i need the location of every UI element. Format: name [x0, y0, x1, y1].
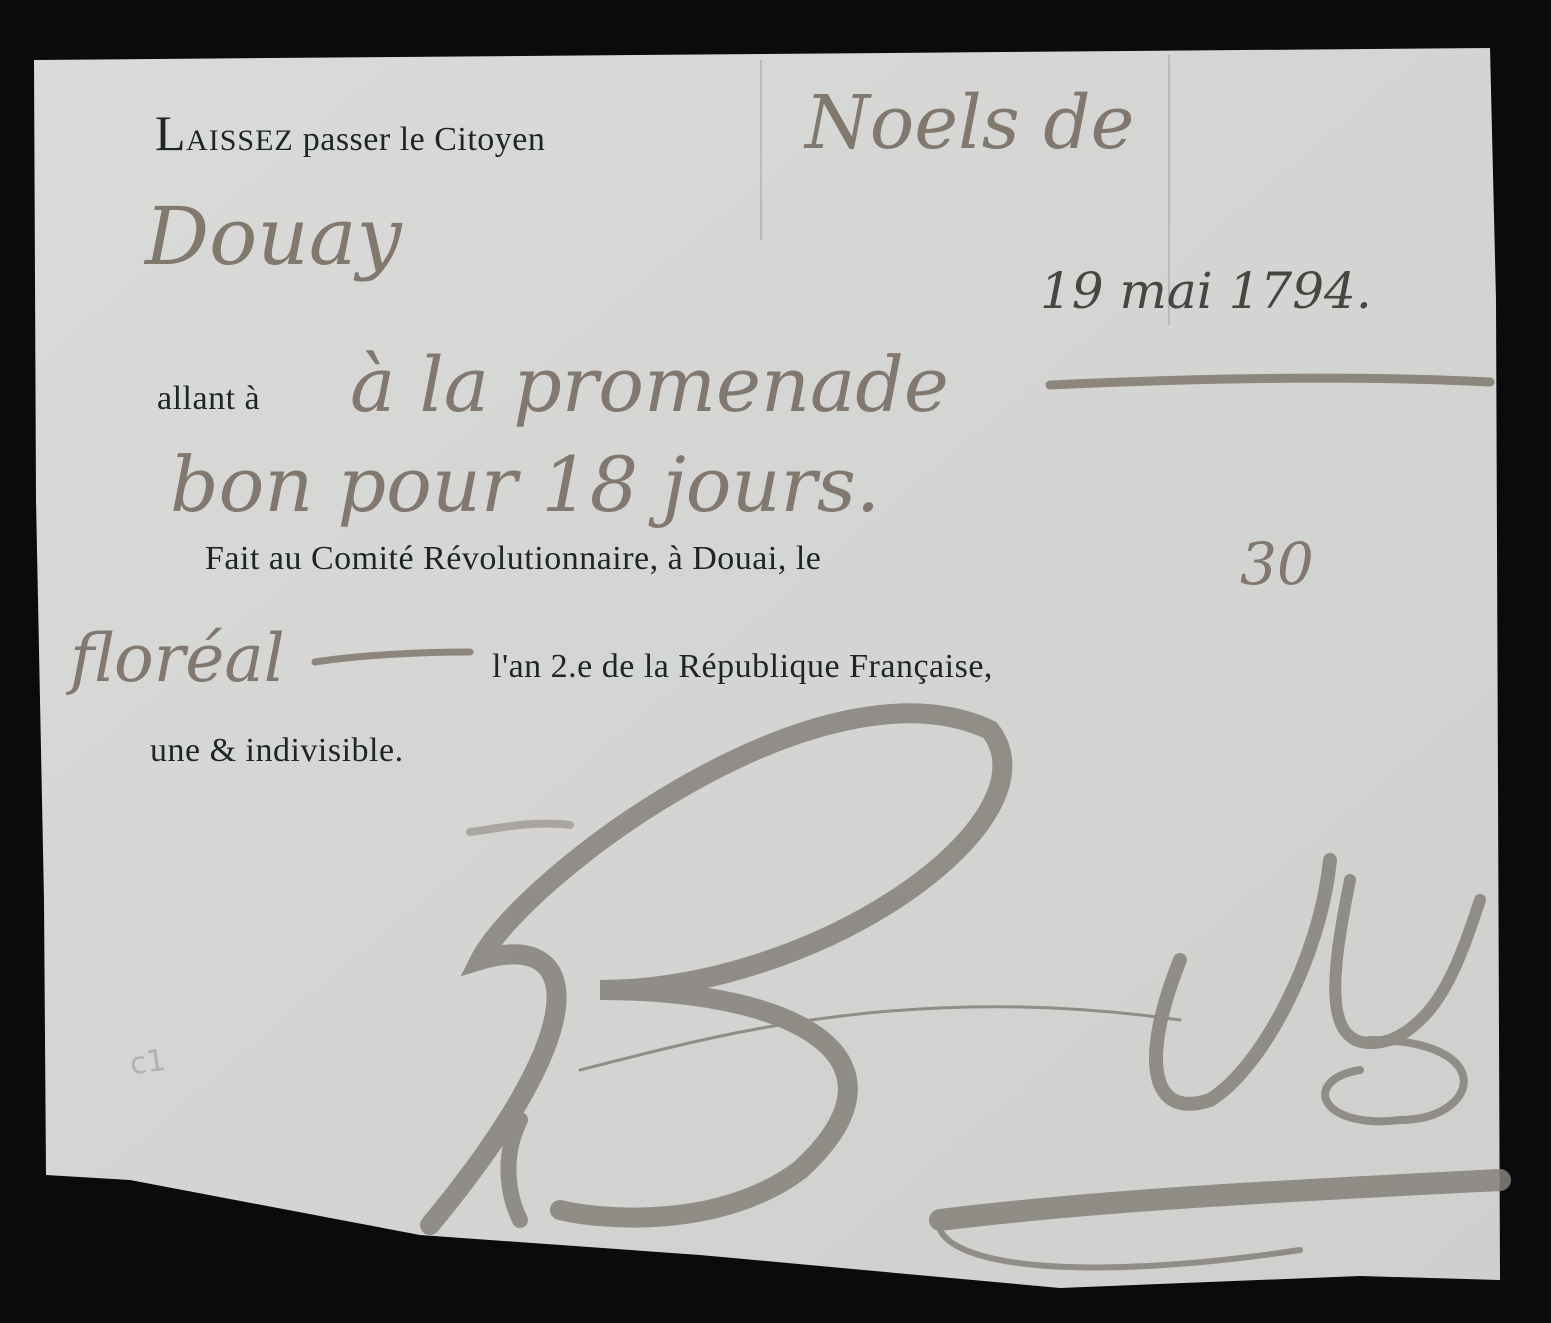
printed-line-laissez-passer: LAISSEZ passer le Citoyen	[155, 108, 545, 159]
printed-line-fait-au-comite: Fait au Comité Révolutionnaire, à Douai,…	[205, 540, 821, 578]
handwritten-citizen-name: Noels de	[805, 80, 1134, 166]
printed-line-republique: l'an 2.e de la République Française,	[492, 648, 993, 686]
handwritten-date-note: 19 mai 1794.	[1040, 262, 1372, 320]
handwritten-validity: bon pour 18 jours.	[170, 440, 880, 529]
printed-line-indivisible: une & indivisible.	[150, 732, 404, 770]
printed-line-allant: allant à	[157, 380, 260, 418]
handwritten-citizen-name-cont: Douay	[145, 190, 402, 283]
document-paper: LAISSEZ passer le Citoyen allant à Fait …	[0, 0, 1551, 1323]
handwritten-destination: à la promenade	[350, 340, 949, 429]
handwritten-day: 30	[1240, 530, 1314, 598]
fold-line	[760, 60, 762, 240]
margin-pencil-mark: c1	[128, 1043, 168, 1083]
handwritten-month: floréal	[70, 620, 285, 697]
